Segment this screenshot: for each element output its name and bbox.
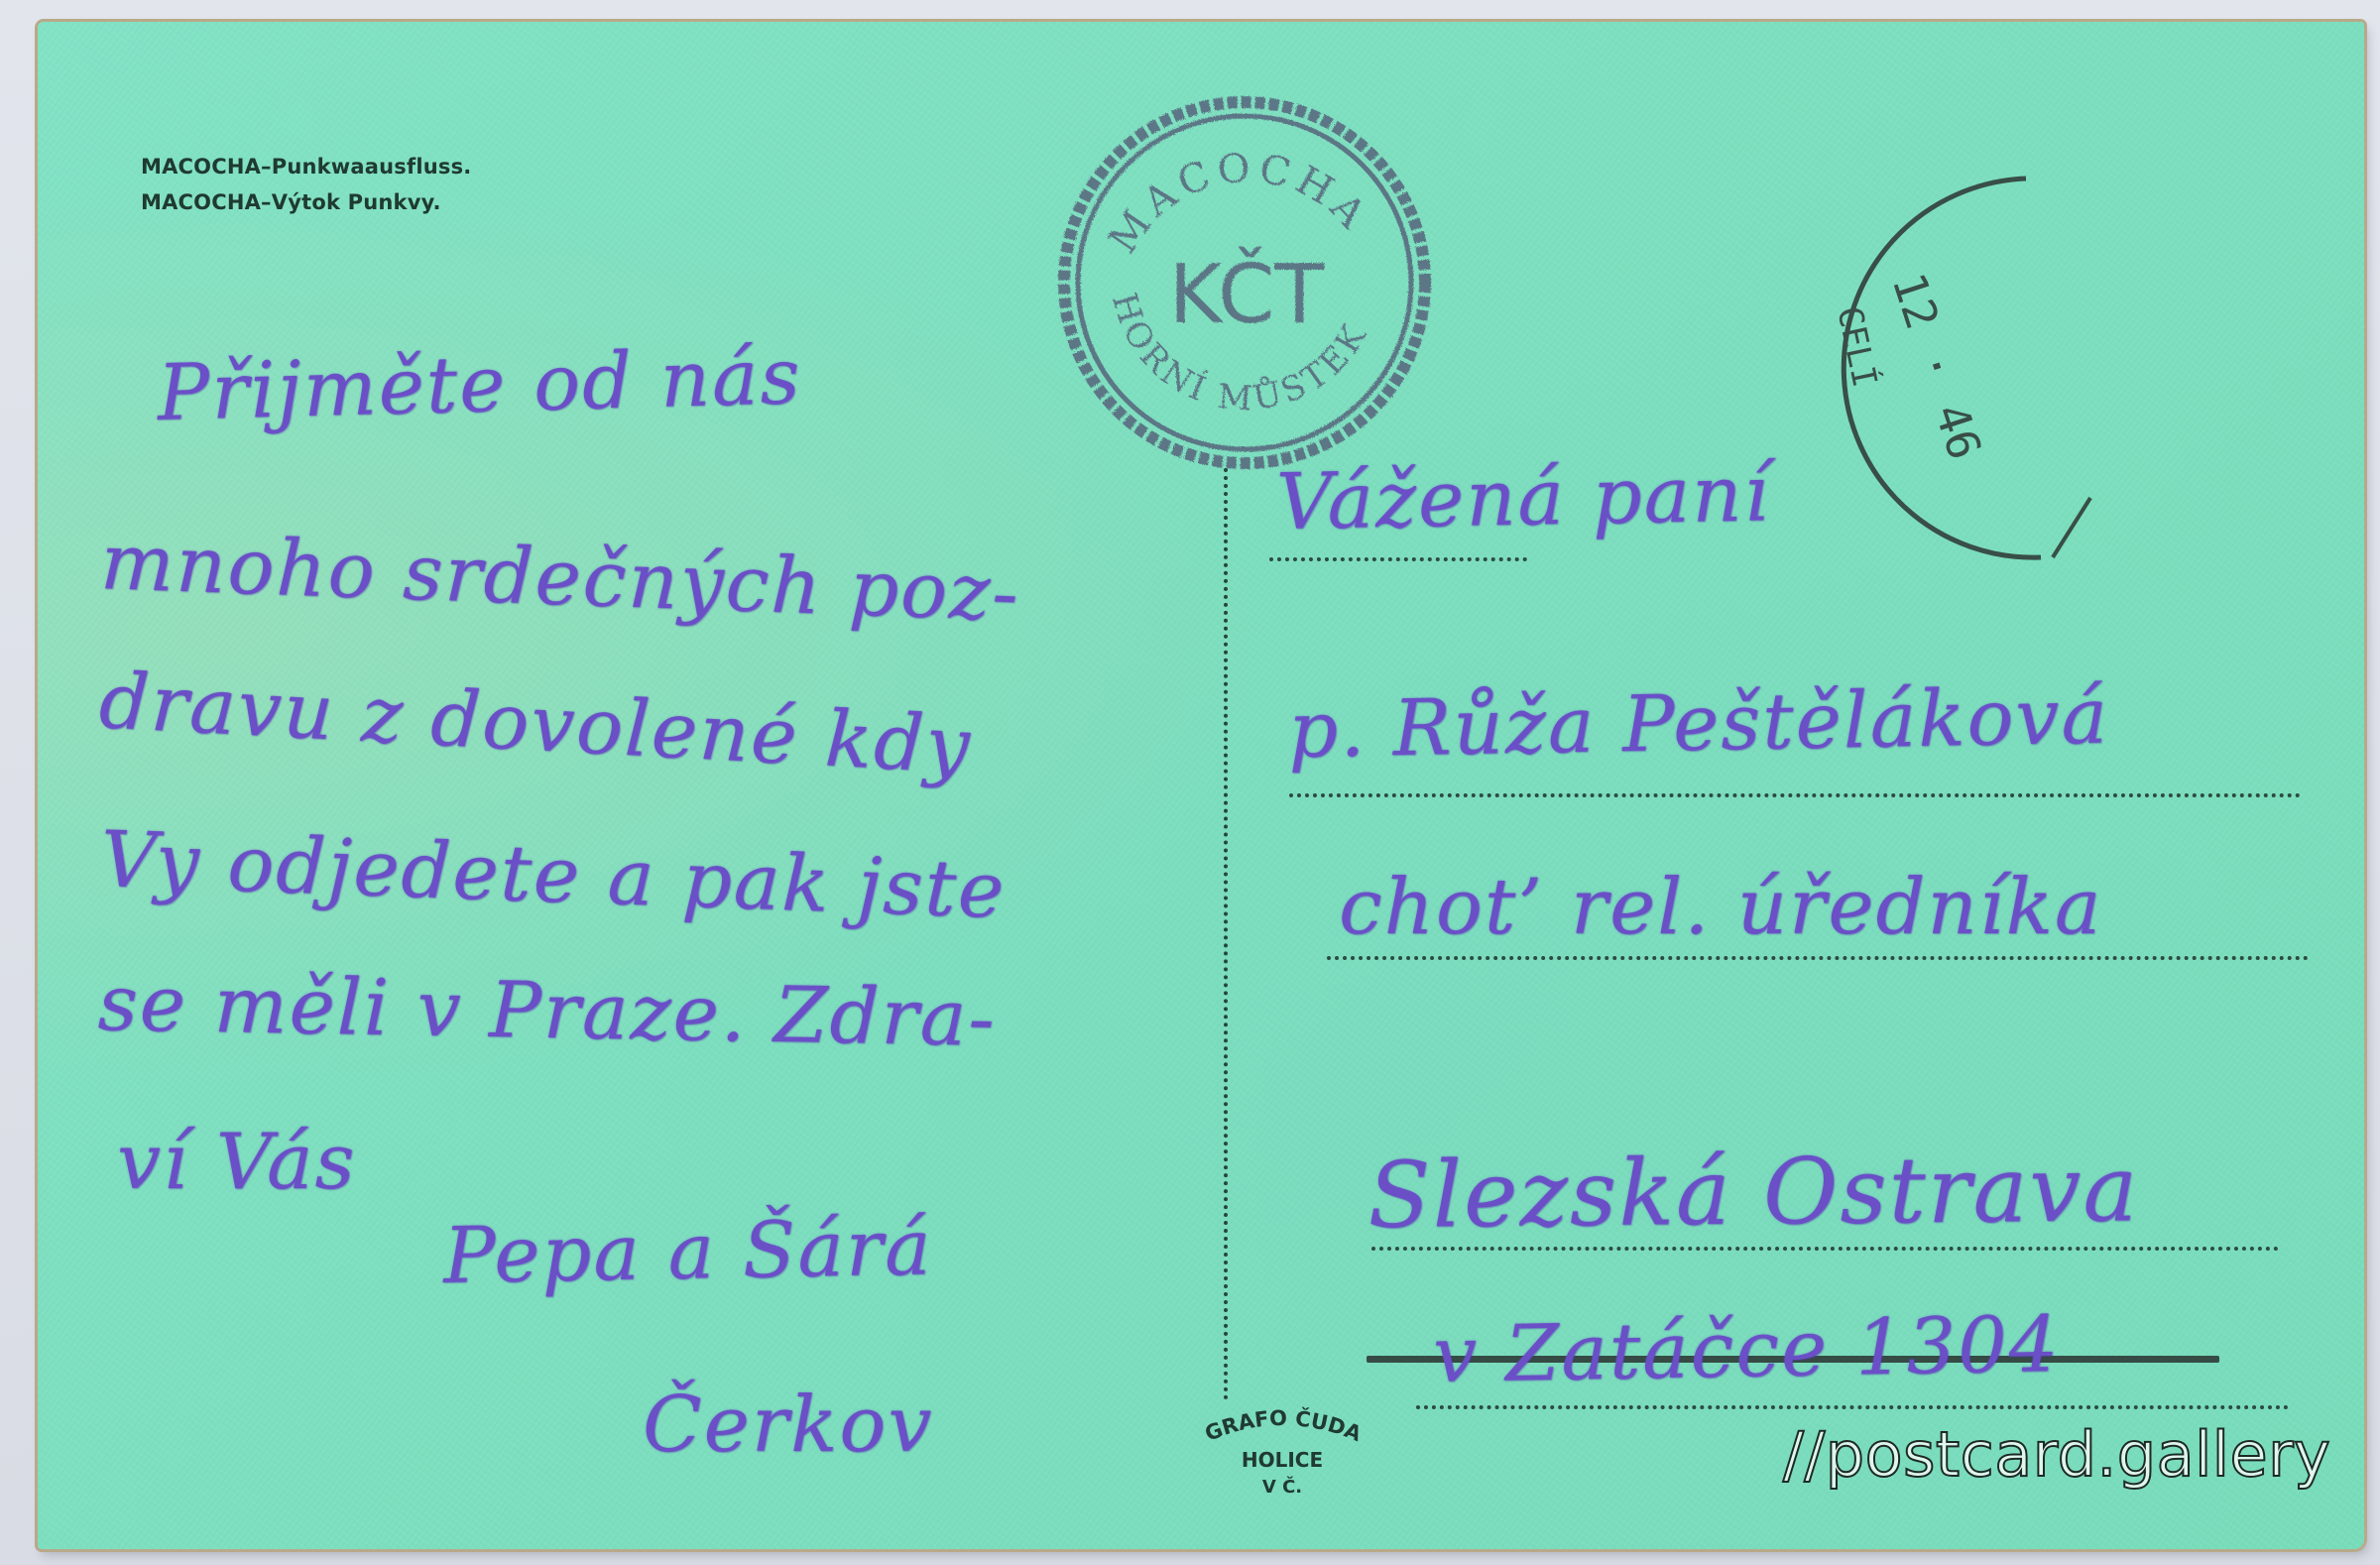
message-line: se měli v Praze. Zdra-: [97, 959, 997, 1064]
cachet-center-text: KČT: [1169, 246, 1326, 342]
postcard-back: MACOCHA–Punkwaausfluss. MACOCHA–Výtok Pu…: [38, 22, 2364, 1549]
center-divider: [1224, 468, 1228, 1400]
message-line: dravu z dovolené kdy: [97, 657, 974, 791]
address-name: p. Růža Peštěláková: [1287, 672, 2109, 776]
address-salutation: Vážená paní: [1275, 449, 1771, 547]
caption-czech: MACOCHA–Výtok Punkvy.: [141, 184, 471, 220]
address-title: chot’ rel. úředníka: [1339, 863, 2102, 952]
message-line: ví Vás: [117, 1118, 357, 1207]
address-line-1: [1269, 557, 1527, 561]
printer-mark: GRAFO ČUDA HOLICE V Č.: [1168, 1405, 1396, 1505]
message-line: Vy odjedete a pak jste: [99, 815, 1008, 936]
postmark-date-text: 12 · 46: [1882, 267, 1992, 466]
printer-name: GRAFO ČUDA: [1202, 1405, 1366, 1446]
message-line: Přijměte od nás: [157, 332, 803, 438]
printer-region: V Č.: [1262, 1476, 1302, 1498]
watermark-text: //postcard.gallery: [1783, 1418, 2330, 1491]
caption-german: MACOCHA–Punkwaausfluss.: [141, 149, 471, 184]
svg-text:MACOCHA: MACOCHA: [1100, 145, 1377, 262]
address-line-3: [1327, 956, 2309, 960]
address-city: Slezská Ostrava: [1368, 1136, 2140, 1249]
svg-text:GRAFO ČUDA: GRAFO ČUDA: [1202, 1405, 1366, 1446]
message-line: mnoho srdečných poz-: [99, 518, 1021, 639]
postmark-stamp: CELÍ 12 · 46: [1743, 161, 2120, 587]
postmark-side-text: CELÍ: [1829, 302, 1885, 391]
printer-city: HOLICE: [1242, 1448, 1323, 1472]
printed-caption: MACOCHA–Punkwaausfluss. MACOCHA–Výtok Pu…: [141, 149, 471, 220]
kct-cachet-stamp: MACOCHA HORNÍ MŮSTEK KČT: [1051, 89, 1438, 476]
address-street: v Zatáčce 1304: [1432, 1300, 2061, 1400]
message-signature: Pepa a Šárá: [442, 1203, 933, 1301]
address-line-5: [1416, 1405, 2289, 1409]
message-place: Čerkov: [643, 1381, 933, 1470]
cachet-top-text: MACOCHA: [1100, 145, 1377, 262]
address-line-2: [1289, 793, 2301, 797]
